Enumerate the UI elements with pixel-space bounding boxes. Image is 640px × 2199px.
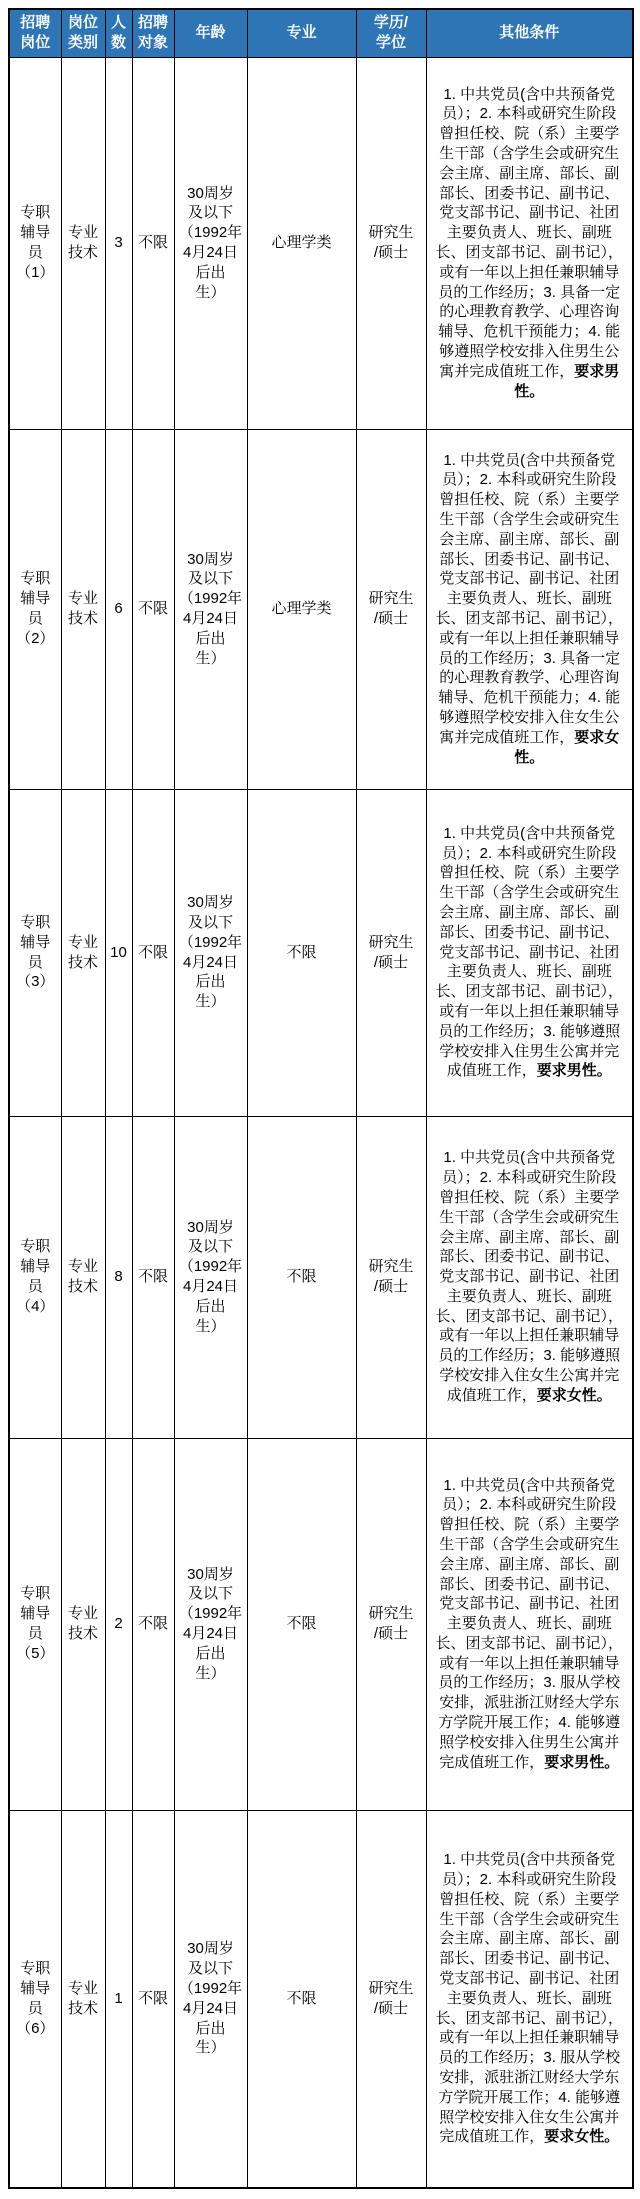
cell-conditions: 1. 中共党员(含中共预备党员）；2. 本科或研究生阶段曾担任校、院（系）主要学… <box>426 1438 633 1810</box>
header-category: 岗位 类别 <box>61 9 105 57</box>
cell-age: 30周岁 及以下 （1992年 4月24日 后出 生） <box>174 429 247 789</box>
cell-degree: 研究生 /硕士 <box>356 1810 426 2188</box>
cell-age: 30周岁 及以下 （1992年 4月24日 后出 生） <box>174 789 247 1116</box>
cell-age: 30周岁 及以下 （1992年 4月24日 后出 生） <box>174 57 247 429</box>
header-row: 招聘 岗位 岗位 类别 人 数 招聘 对象 年龄 专业 学历/ 学位 其他条件 <box>9 9 633 57</box>
table-row: 专职辅导员 （1） 专业技术 3 不限 30周岁 及以下 （1992年 4月24… <box>9 57 633 429</box>
conditions-text: 1. 中共党员(含中共预备党员）；2. 本科或研究生阶段曾担任校、院（系）主要学… <box>436 86 624 380</box>
header-age: 年龄 <box>174 9 247 57</box>
cell-position: 专职辅导员 （5） <box>9 1438 61 1810</box>
recruitment-notice-page: 招聘 岗位 岗位 类别 人 数 招聘 对象 年龄 专业 学历/ 学位 其他条件 … <box>0 0 640 2197</box>
header-target: 招聘 对象 <box>132 9 174 57</box>
conditions-text: 1. 中共党员(含中共预备党员）；2. 本科或研究生阶段曾担任校、院（系）主要学… <box>436 1149 624 1404</box>
conditions-text: 1. 中共党员(含中共预备党员）；2. 本科或研究生阶段曾担任校、院（系）主要学… <box>436 452 624 746</box>
cell-conditions: 1. 中共党员(含中共预备党员）；2. 本科或研究生阶段曾担任校、院（系）主要学… <box>426 1116 633 1438</box>
cell-age: 30周岁 及以下 （1992年 4月24日 后出 生） <box>174 1438 247 1810</box>
table-body: 专职辅导员 （1） 专业技术 3 不限 30周岁 及以下 （1992年 4月24… <box>9 57 633 2188</box>
cell-degree: 研究生 /硕士 <box>356 57 426 429</box>
table-row: 专职辅导员 （5） 专业技术 2 不限 30周岁 及以下 （1992年 4月24… <box>9 1438 633 1810</box>
cell-position: 专职辅导员 （6） <box>9 1810 61 2188</box>
cell-conditions: 1. 中共党员(含中共预备党员）；2. 本科或研究生阶段曾担任校、院（系）主要学… <box>426 1810 633 2188</box>
cell-conditions: 1. 中共党员(含中共预备党员）；2. 本科或研究生阶段曾担任校、院（系）主要学… <box>426 789 633 1116</box>
header-count: 人 数 <box>105 9 132 57</box>
cell-conditions: 1. 中共党员(含中共预备党员）；2. 本科或研究生阶段曾担任校、院（系）主要学… <box>426 57 633 429</box>
cell-major: 心理学类 <box>247 57 356 429</box>
cell-position: 专职辅导员 （2） <box>9 429 61 789</box>
cell-count: 3 <box>105 57 132 429</box>
conditions-text: 1. 中共党员(含中共预备党员）；2. 本科或研究生阶段曾担任校、院（系）主要学… <box>436 1851 624 2145</box>
header-degree: 学历/ 学位 <box>356 9 426 57</box>
cell-category: 专业技术 <box>61 1810 105 2188</box>
cell-target: 不限 <box>132 1438 174 1810</box>
cell-position: 专职辅导员 （4） <box>9 1116 61 1438</box>
cell-category: 专业技术 <box>61 429 105 789</box>
table-row: 专职辅导员 （3） 专业技术 10 不限 30周岁 及以下 （1992年 4月2… <box>9 789 633 1116</box>
conditions-bold-text: 要求女性。 <box>544 2128 619 2145</box>
cell-count: 2 <box>105 1438 132 1810</box>
cell-count: 6 <box>105 429 132 789</box>
cell-age: 30周岁 及以下 （1992年 4月24日 后出 生） <box>174 1116 247 1438</box>
conditions-bold-text: 要求男性。 <box>537 1062 612 1079</box>
header-position: 招聘 岗位 <box>9 9 61 57</box>
cell-category: 专业技术 <box>61 1438 105 1810</box>
cell-target: 不限 <box>132 1116 174 1438</box>
cell-major: 不限 <box>247 1116 356 1438</box>
cell-conditions: 1. 中共党员(含中共预备党员）；2. 本科或研究生阶段曾担任校、院（系）主要学… <box>426 429 633 789</box>
conditions-text: 1. 中共党员(含中共预备党员）；2. 本科或研究生阶段曾担任校、院（系）主要学… <box>436 825 624 1080</box>
cell-degree: 研究生 /硕士 <box>356 1438 426 1810</box>
cell-target: 不限 <box>132 1810 174 2188</box>
cell-count: 1 <box>105 1810 132 2188</box>
cell-category: 专业技术 <box>61 1116 105 1438</box>
header-major: 专业 <box>247 9 356 57</box>
table-row: 专职辅导员 （6） 专业技术 1 不限 30周岁 及以下 （1992年 4月24… <box>9 1810 633 2188</box>
conditions-bold-text: 要求男性。 <box>544 1754 619 1771</box>
conditions-text: 1. 中共党员(含中共预备党员）；2. 本科或研究生阶段曾担任校、院（系）主要学… <box>436 1477 624 1771</box>
cell-major: 不限 <box>247 789 356 1116</box>
table-row: 专职辅导员 （4） 专业技术 8 不限 30周岁 及以下 （1992年 4月24… <box>9 1116 633 1438</box>
cell-target: 不限 <box>132 429 174 789</box>
cell-position: 专职辅导员 （1） <box>9 57 61 429</box>
cell-category: 专业技术 <box>61 57 105 429</box>
cell-target: 不限 <box>132 57 174 429</box>
cell-count: 10 <box>105 789 132 1116</box>
cell-major: 心理学类 <box>247 429 356 789</box>
cell-major: 不限 <box>247 1810 356 2188</box>
cell-degree: 研究生 /硕士 <box>356 789 426 1116</box>
recruitment-table: 招聘 岗位 岗位 类别 人 数 招聘 对象 年龄 专业 学历/ 学位 其他条件 … <box>8 8 634 2189</box>
cell-major: 不限 <box>247 1438 356 1810</box>
cell-age: 30周岁 及以下 （1992年 4月24日 后出 生） <box>174 1810 247 2188</box>
cell-degree: 研究生 /硕士 <box>356 429 426 789</box>
cell-degree: 研究生 /硕士 <box>356 1116 426 1438</box>
cell-target: 不限 <box>132 789 174 1116</box>
header-conditions: 其他条件 <box>426 9 633 57</box>
cell-position: 专职辅导员 （3） <box>9 789 61 1116</box>
cell-count: 8 <box>105 1116 132 1438</box>
table-row: 专职辅导员 （2） 专业技术 6 不限 30周岁 及以下 （1992年 4月24… <box>9 429 633 789</box>
cell-category: 专业技术 <box>61 789 105 1116</box>
conditions-bold-text: 要求女性。 <box>537 1387 612 1404</box>
